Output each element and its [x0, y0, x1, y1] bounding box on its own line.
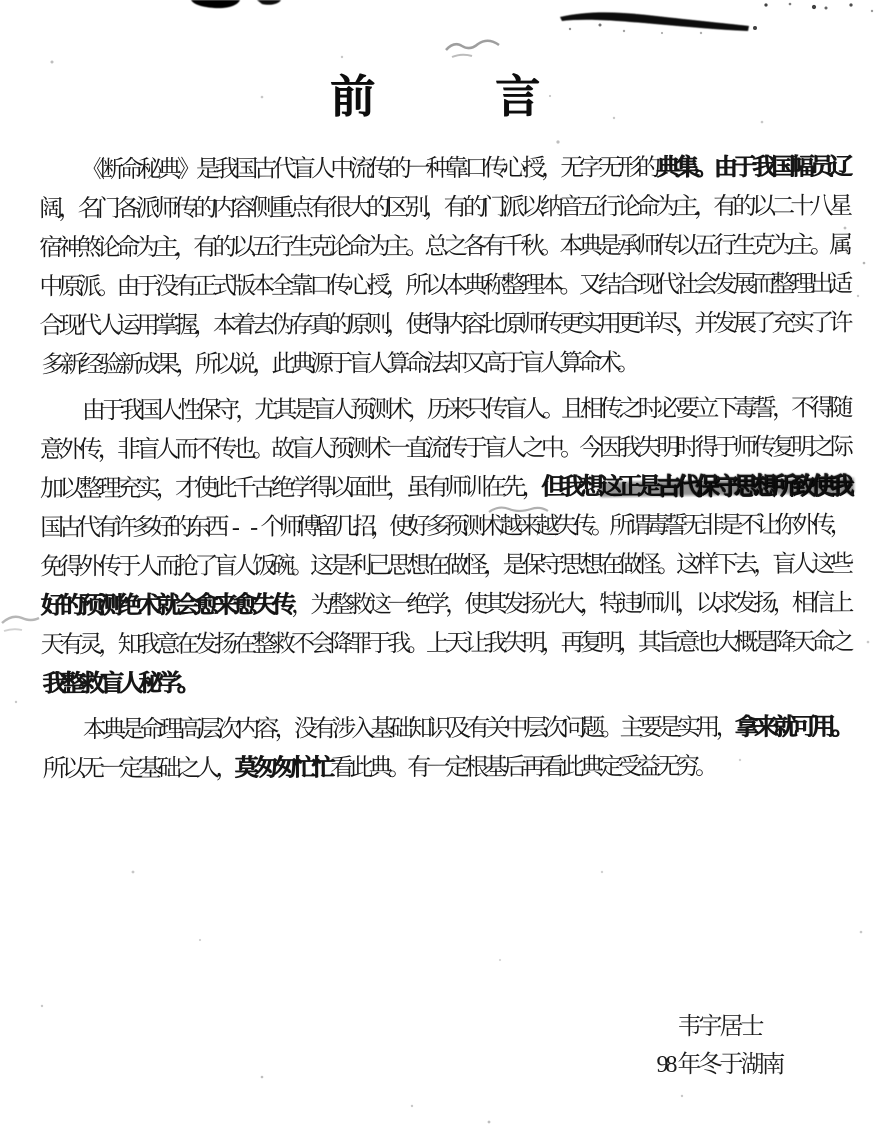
text-line: 免得外传于人而抢了盲人饭碗。这是利己思想在做怪，是保守思想在做怪。这样下去，盲人… — [44, 546, 850, 588]
text-line: 加以整理充实，才使此千古绝学得以面世，虽有师训在先，但我想这正是古代保守思想所致… — [44, 468, 850, 510]
text-line: 所以无一定基础之人，莫匆匆忙忙看此典。有一定根基后再看此典定受益无穷。 — [45, 748, 851, 790]
text-line: 中原派。由于没有正式版本全靠口传心授，所以本典称整理本。又结合现代社会发展而整理… — [43, 266, 849, 308]
text-line: 宿神煞论命为主，有的以五行生克论命为主。总之各有千秋。本典是承师传以五行生克为主… — [43, 227, 849, 269]
paragraph: 《断命秘典》是我国古代盲人中流传的一种靠口传心授，无字无形的典集。由于我国幅员辽… — [43, 149, 850, 386]
text-line: 天有灵，知我意在发扬在整救不会降罪于我。上天让我失明，再复明，其旨意也大概是降天… — [45, 624, 851, 666]
scribble-left-margin — [2, 617, 39, 623]
text-line: 合现代人运用掌握，本着去伪存真的原则，使得内容比原师传更实用更详尽，并发展了充实… — [43, 305, 849, 347]
scanned-page: 前言 《断命秘典》是我国古代盲人中流传的一种靠口传心授，无字无形的典集。由于我国… — [0, 0, 885, 1142]
title-char: 前 — [330, 60, 375, 125]
signature-author: 韦宇居士 — [602, 1012, 837, 1042]
text-line: 国古代有许多好的东西--个师傅留几招，使好多预测术越来越失传。所谓毒誓无非是不让… — [44, 507, 850, 549]
paragraph: 由于我国人性保守，尤其是盲人预测术，历来只传盲人。且相传之时必要立下毒誓，不得随… — [44, 390, 851, 705]
text-line: 本典是命理高层次内容，没有涉入基础知识及有关中层次问题。主要是实用，拿来就可用。 — [45, 709, 851, 751]
signature-date-place: 98 年冬于湖南 — [602, 1050, 837, 1080]
smudge-streak-top — [560, 12, 749, 31]
signature-block: 韦宇居士 98 年冬于湖南 — [602, 1012, 837, 1080]
text-line: 由于我国人性保守，尤其是盲人预测术，历来只传盲人。且相传之时必要立下毒誓，不得随 — [44, 390, 850, 432]
paragraph: 本典是命理高层次内容，没有涉入基础知识及有关中层次问题。主要是实用，拿来就可用。… — [45, 709, 851, 790]
text-line: 多新经验新成果，所以说，此典源于盲人算命法却又高于盲人算命术。 — [44, 344, 850, 386]
page-title: 前言 — [0, 60, 870, 125]
ink-blob-top-left — [191, 0, 240, 8]
text-line: 《断命秘典》是我国古代盲人中流传的一种靠口传心授，无字无形的典集。由于我国幅员辽 — [43, 149, 849, 191]
text-line: 我整救盲人秘学。 — [45, 663, 851, 705]
ink-blob-top-left-2 — [257, 0, 281, 5]
text-block: 《断命秘典》是我国古代盲人中流传的一种靠口传心授，无字无形的典集。由于我国幅员辽… — [43, 149, 851, 790]
text-line: 意外传，非盲人而不传也。故盲人预测术一直流传于盲人之中。今因我失明时得于师传复明… — [44, 429, 850, 471]
title-char: 言 — [495, 60, 540, 125]
scribble-top-center — [446, 41, 499, 50]
text-line: 好的预测绝术就会愈来愈失传，为整救这一绝学，使其发扬光大，特违师训，以求发扬，相… — [44, 585, 850, 627]
text-line: 阔，名门各派师传的内容侧重点有很大的区别，有的门派以纳音五行论命为主，有的以二十… — [43, 188, 849, 230]
